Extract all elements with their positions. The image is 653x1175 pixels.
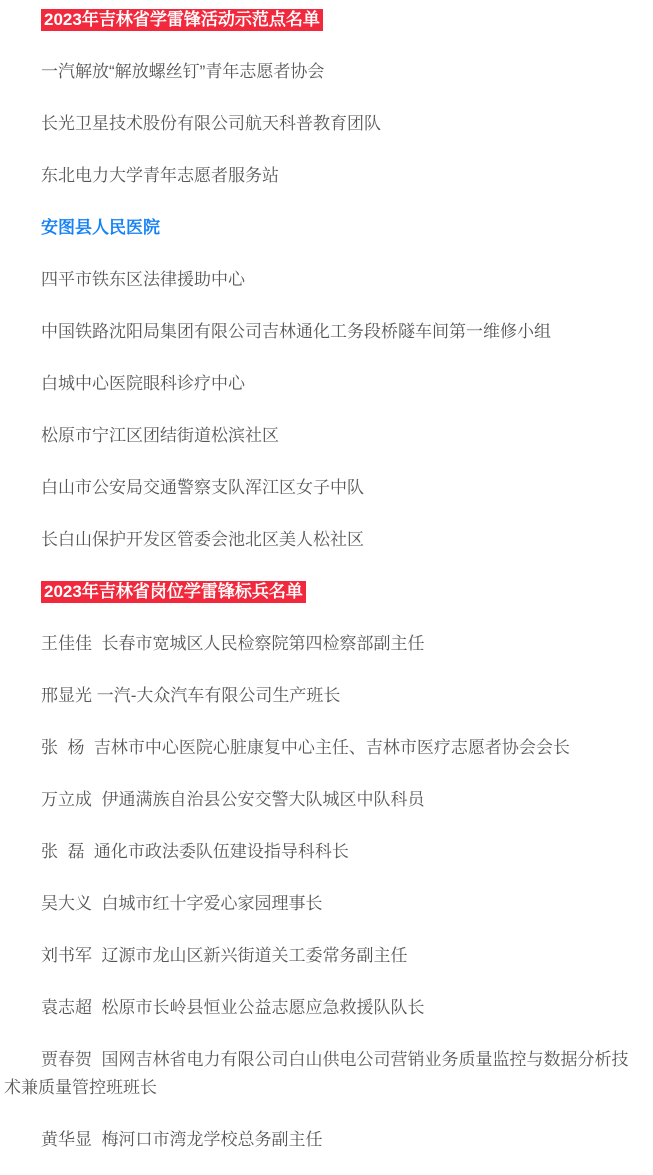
page: { "colors": { "highlight_red": "#F2283C"…	[0, 0, 653, 1175]
entry-paragraph: 一汽解放“解放螺丝钉”青年志愿者协会	[4, 58, 644, 86]
entry-paragraph: 刘书军 辽源市龙山区新兴街道关工委常务副主任	[4, 942, 644, 970]
entry-paragraph: 贾春贺 国网吉林省电力有限公司白山供电公司营销业务质量监控与数据分析技术兼质量管…	[4, 1046, 644, 1102]
red-highlight-text: 2023年吉林省学雷锋活动示范点名单	[41, 9, 323, 31]
entry-paragraph: 万立成 伊通满族自治县公安交警大队城区中队科员	[4, 786, 644, 814]
entry-paragraph: 长白山保护开发区管委会池北区美人松社区	[4, 526, 644, 554]
article: 2023年吉林省学雷锋活动示范点名单一汽解放“解放螺丝钉”青年志愿者协会长光卫星…	[0, 0, 653, 1154]
entry-paragraph: 中国铁路沈阳局集团有限公司吉林通化工务段桥隧车间第一维修小组	[4, 318, 644, 346]
entry-paragraph: 松原市宁江区团结街道松滨社区	[4, 422, 644, 450]
entry-paragraph: 东北电力大学青年志愿者服务站	[4, 162, 644, 190]
entry-paragraph: 邢显光 一汽-大众汽车有限公司生产班长	[4, 682, 644, 710]
entry-paragraph: 黄华显 梅河口市湾龙学校总务副主任	[4, 1126, 644, 1154]
red-section-title: 2023年吉林省岗位学雷锋标兵名单	[4, 578, 644, 606]
entry-paragraph: 吴大义 白城市红十字爱心家园理事长	[4, 890, 644, 918]
entry-paragraph: 王佳佳 长春市宽城区人民检察院第四检察部副主任	[4, 630, 644, 658]
entry-paragraph: 白城中心医院眼科诊疗中心	[4, 370, 644, 398]
entry-paragraph: 袁志超 松原市长岭县恒业公益志愿应急救援队队长	[4, 994, 644, 1022]
red-section-title: 2023年吉林省学雷锋活动示范点名单	[4, 6, 644, 34]
entry-paragraph: 张 杨 吉林市中心医院心脏康复中心主任、吉林市医疗志愿者协会会长	[4, 734, 644, 762]
blue-section-title: 安图县人民医院	[4, 214, 644, 242]
entry-paragraph: 白山市公安局交通警察支队浑江区女子中队	[4, 474, 644, 502]
entry-paragraph: 张 磊 通化市政法委队伍建设指导科科长	[4, 838, 644, 866]
entry-paragraph: 四平市铁东区法律援助中心	[4, 266, 644, 294]
red-highlight-text: 2023年吉林省岗位学雷锋标兵名单	[41, 581, 306, 603]
entry-paragraph: 长光卫星技术股份有限公司航天科普教育团队	[4, 110, 644, 138]
